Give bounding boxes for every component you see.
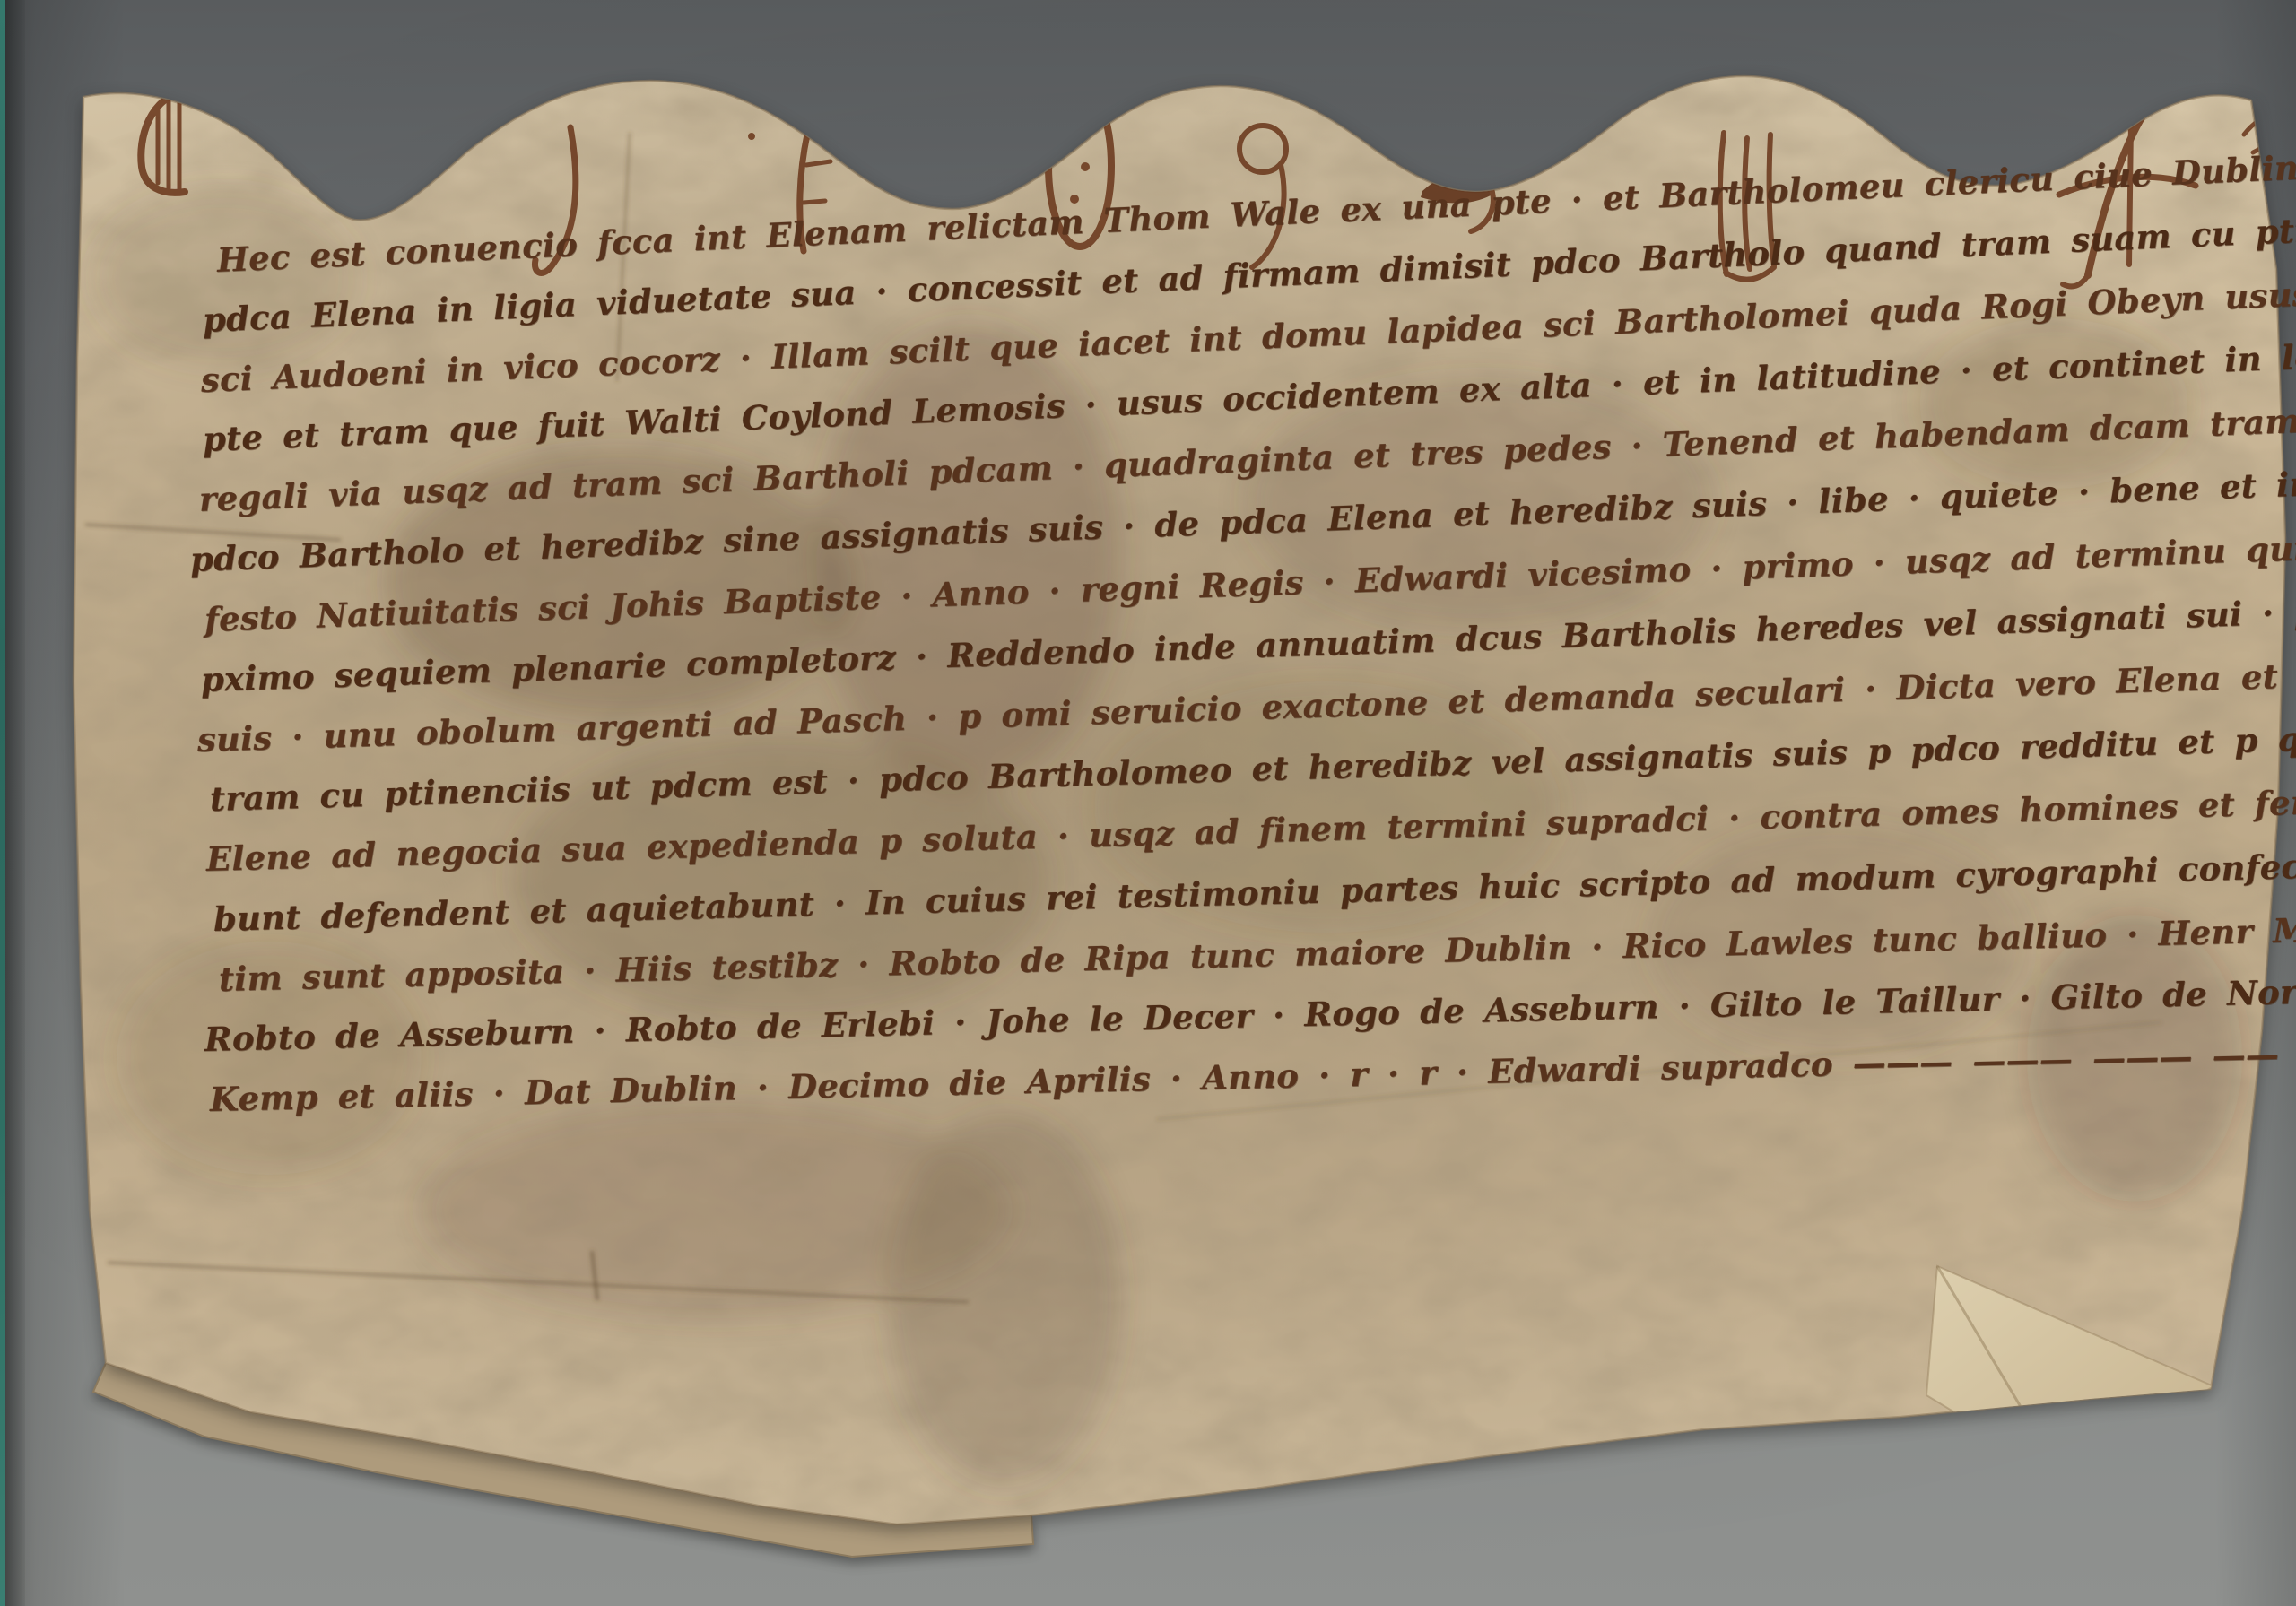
photo-stage: Hec est conuencio fcca int Elenam relict… [0, 0, 2296, 1606]
manuscript-text-block: Hec est conuencio fcca int Elenam relict… [206, 240, 2215, 1164]
ink-speck [748, 133, 755, 140]
ink-speck [277, 149, 284, 156]
